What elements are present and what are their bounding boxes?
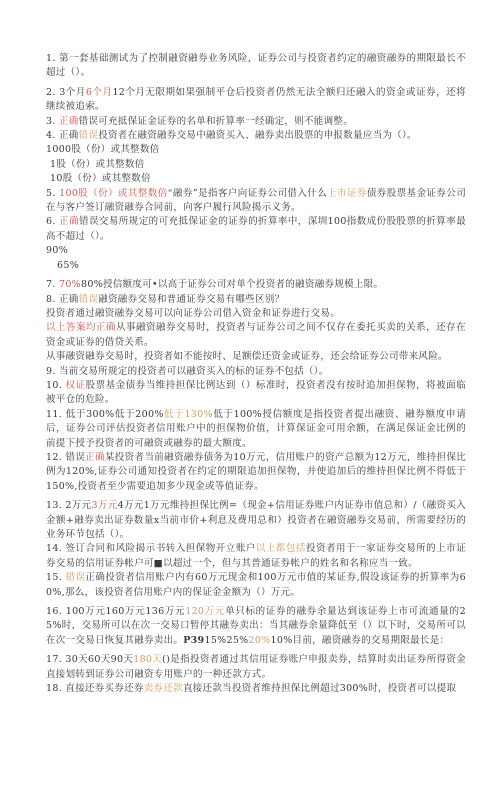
paragraph: 4. 正确错误投资者在融资融券交易中融资买入、融券卖出股票的申报数量应当为（）。 bbox=[46, 129, 466, 143]
answer-highlight-red: 以上答案均正确 bbox=[46, 322, 116, 333]
answer-highlight-red: 正确 bbox=[59, 216, 79, 227]
answer-highlight-orange: 卖券还款 bbox=[144, 683, 183, 694]
paragraph: 11. 低于300%低于200%低于130%低于100%授信额度是指投资者提出融… bbox=[46, 408, 466, 451]
text-segment: 11. 低于300%低于200% bbox=[46, 409, 164, 420]
text-segment: 18. 直接还券买券还券 bbox=[46, 683, 144, 694]
paragraph: 5. 100股（份）或其整数倍“融券”是指客户向证券公司借入什么上市证券债券股票… bbox=[46, 187, 466, 216]
text-segment: 7. bbox=[46, 279, 59, 290]
text-segment: 直接还款当投资者维持担保比例超过300%时，投资者可以提取 bbox=[183, 683, 456, 694]
paragraph: 13. 2万元3万元4万元1万元维持担保比例=（现金+信用证券账户内证券市值总和… bbox=[46, 499, 466, 542]
text-segment: 12. 错误 bbox=[46, 452, 85, 463]
text-segment: 8. 正确 bbox=[46, 294, 79, 305]
paragraph: 15. 错误正确投资者信用账户内有60万元现金和100万元市值的某证券,假设该证… bbox=[46, 571, 466, 600]
text-segment: 投资者在融资融券交易中融资买入、融券卖出股票的申报数量应当为（）。 bbox=[98, 130, 417, 141]
answer-highlight-orange: 错误 bbox=[79, 130, 99, 141]
answer-highlight-red: 100股（份）或其整数倍 bbox=[59, 188, 168, 199]
answer-highlight-red: 正确 bbox=[59, 116, 79, 127]
paragraph: 8. 正确错误融资融券交易和普通证券交易有哪些区别？ bbox=[46, 293, 466, 307]
text-segment: 6. bbox=[46, 216, 59, 227]
answer-highlight-red: 3万元 bbox=[92, 500, 118, 511]
paragraph: 从事融资融券交易时，投资者如不能按时、足额偿还资金或证券，还会给证券公司带来风险… bbox=[46, 350, 466, 364]
text-segment: 10%目前，融资融券的交易期限最长是： bbox=[271, 635, 450, 646]
text-segment: 9. 当前交易所规定的投资者可以融资买入的标的证券不包括（）。 bbox=[46, 366, 329, 377]
answer-highlight-orange: 上市证券 bbox=[327, 188, 367, 199]
text-segment: 2. 3个月 bbox=[46, 87, 86, 98]
text-segment: 10. bbox=[46, 380, 66, 391]
text-segment: 15%25% bbox=[204, 635, 248, 646]
answer-highlight-red: 70% bbox=[59, 279, 81, 290]
paragraph: 1. 第一套基础测试为了控制融资融券业务风险，证券公司与投资者约定的融资融券的期… bbox=[46, 52, 466, 81]
paragraph: 90% bbox=[46, 244, 466, 258]
text-segment: 融资融券交易和普通证券交易有哪些区别？ bbox=[98, 294, 284, 305]
text-segment: P39 bbox=[183, 635, 204, 646]
answer-highlight-orange: 120万元 bbox=[185, 606, 225, 617]
answer-highlight-orange: 错误 bbox=[79, 294, 99, 305]
paragraph: 17. 30天60天90天180天()是指投资者通过其信用证券账户申报卖券，结算… bbox=[46, 653, 466, 682]
paragraph: 以上答案均正确从事融资融券交易时，投资者与证券公司之间不仅存在委托买卖的关系，还… bbox=[46, 321, 466, 350]
paragraph: 7. 70%80%授信额度可•以高于证券公司对单个投资者的融资融券规模上限。 bbox=[46, 278, 466, 292]
document-page: 1. 第一套基础测试为了控制融资融券业务风险，证券公司与投资者约定的融资融券的期… bbox=[0, 0, 500, 786]
answer-highlight-red: 6个月 bbox=[86, 87, 113, 98]
text-segment: 错误可充抵保证金证券的名单和折算率一经确定，则不能调整。 bbox=[79, 116, 353, 127]
answer-highlight-orange: 20% bbox=[249, 635, 271, 646]
text-segment: 80%授信额度可•以高于证券公司对单个投资者的融资融券规模上限。 bbox=[81, 279, 383, 290]
text-segment: 10股（份）或其整数倍 bbox=[50, 173, 151, 184]
answer-highlight-orange: 低于130% bbox=[164, 409, 213, 420]
answer-highlight-orange: 以上都包括 bbox=[256, 543, 306, 554]
paragraph: 10. 权证股票基金债券当维持担保比例达到（）标准时，投资者没有按时追加担保物，… bbox=[46, 379, 466, 408]
paragraph: 2. 3个月6个月12个月无限期如果强制平仓后投资者仍然无法全额归还融入的资金或… bbox=[46, 86, 466, 115]
paragraph: 3. 正确错误可充抵保证金证券的名单和折算率一经确定，则不能调整。 bbox=[46, 115, 466, 129]
text-segment: 4. 正确 bbox=[46, 130, 79, 141]
paragraph: 16. 100万元160万元136万元120万元单只标的证券的融券余量达到该证券… bbox=[46, 605, 466, 648]
paragraph: 投资者通过融资融券交易可以向证券公司借入资金和证券进行交易。 bbox=[46, 307, 466, 321]
paragraph: 14. 签订合同和风险揭示书转入担保物开立账户以上都包括投资者用于一家证券交易所… bbox=[46, 542, 466, 571]
paragraph: 12. 错误正确某投资者当前融资融券债务为10万元，信用账户的资产总额为12万元… bbox=[46, 451, 466, 494]
answer-highlight-red: 正确 bbox=[85, 452, 105, 463]
answer-highlight-red: 权证 bbox=[66, 380, 86, 391]
text-segment: 16. 100万元160万元136万元 bbox=[46, 606, 185, 617]
text-segment: 股票基金债券当维持担保比例达到（）标准时，投资者没有按时追加担保物，将被面临被平… bbox=[46, 380, 466, 405]
text-segment: 90% bbox=[46, 245, 68, 256]
text-segment: 错误交易所规定的可充抵保证金的证券的折算率中，深圳100指数成份股股票的折算率最… bbox=[46, 216, 466, 241]
text-segment: 投资者通过融资融券交易可以向证券公司借入资金和证券进行交易。 bbox=[46, 308, 340, 319]
paragraph: 10股（份）或其整数倍 bbox=[46, 172, 466, 186]
answer-highlight-orange: 错误 bbox=[66, 572, 86, 583]
paragraph: 1000股（份）或其整数倍 bbox=[46, 143, 466, 157]
text-segment: 1000股（份）或其整数倍 bbox=[46, 144, 160, 155]
paragraph: 1股（份）或其整数倍 bbox=[46, 158, 466, 172]
text-segment: 1股（份）或其整数倍 bbox=[50, 159, 145, 170]
text-segment: 14. 签订合同和风险揭示书转入担保物开立账户 bbox=[46, 543, 256, 554]
document-body: 1. 第一套基础测试为了控制融资融券业务风险，证券公司与投资者约定的融资融券的期… bbox=[46, 52, 466, 696]
text-segment: 13. 2万元 bbox=[46, 500, 92, 511]
text-segment: 15. bbox=[46, 572, 66, 583]
text-segment: 从事融资融券交易时，投资者如不能按时、足额偿还资金或证券，还会给证券公司带来风险… bbox=[46, 351, 448, 362]
text-segment: 1. 第一套基础测试为了控制融资融券业务风险，证券公司与投资者约定的融资融券的期… bbox=[46, 53, 466, 78]
answer-highlight-orange: 180天 bbox=[133, 654, 162, 665]
paragraph: 18. 直接还券买券还券卖券还款直接还款当投资者维持担保比例超过300%时，投资… bbox=[46, 682, 466, 696]
text-segment: 5. bbox=[46, 188, 59, 199]
paragraph: 65% bbox=[46, 259, 466, 273]
text-segment: 17. 30天60天90天 bbox=[46, 654, 133, 665]
paragraph: 9. 当前交易所规定的投资者可以融资买入的标的证券不包括（）。 bbox=[46, 365, 466, 379]
text-segment: “融券”是指客户向证券公司借入什么 bbox=[168, 188, 327, 199]
text-segment: 65% bbox=[57, 260, 79, 271]
text-segment: 正确投资者信用账户内有60万元现金和100万元市值的某证券,假设该证券的折算率为… bbox=[46, 572, 466, 597]
paragraph: 6. 正确错误交易所规定的可充抵保证金的证券的折算率中，深圳100指数成份股股票… bbox=[46, 215, 466, 244]
text-segment: 某投资者当前融资融券债务为10万元，信用账户的资产总额为12万元，维持担保比例为… bbox=[46, 452, 466, 492]
text-segment: 3. bbox=[46, 116, 59, 127]
